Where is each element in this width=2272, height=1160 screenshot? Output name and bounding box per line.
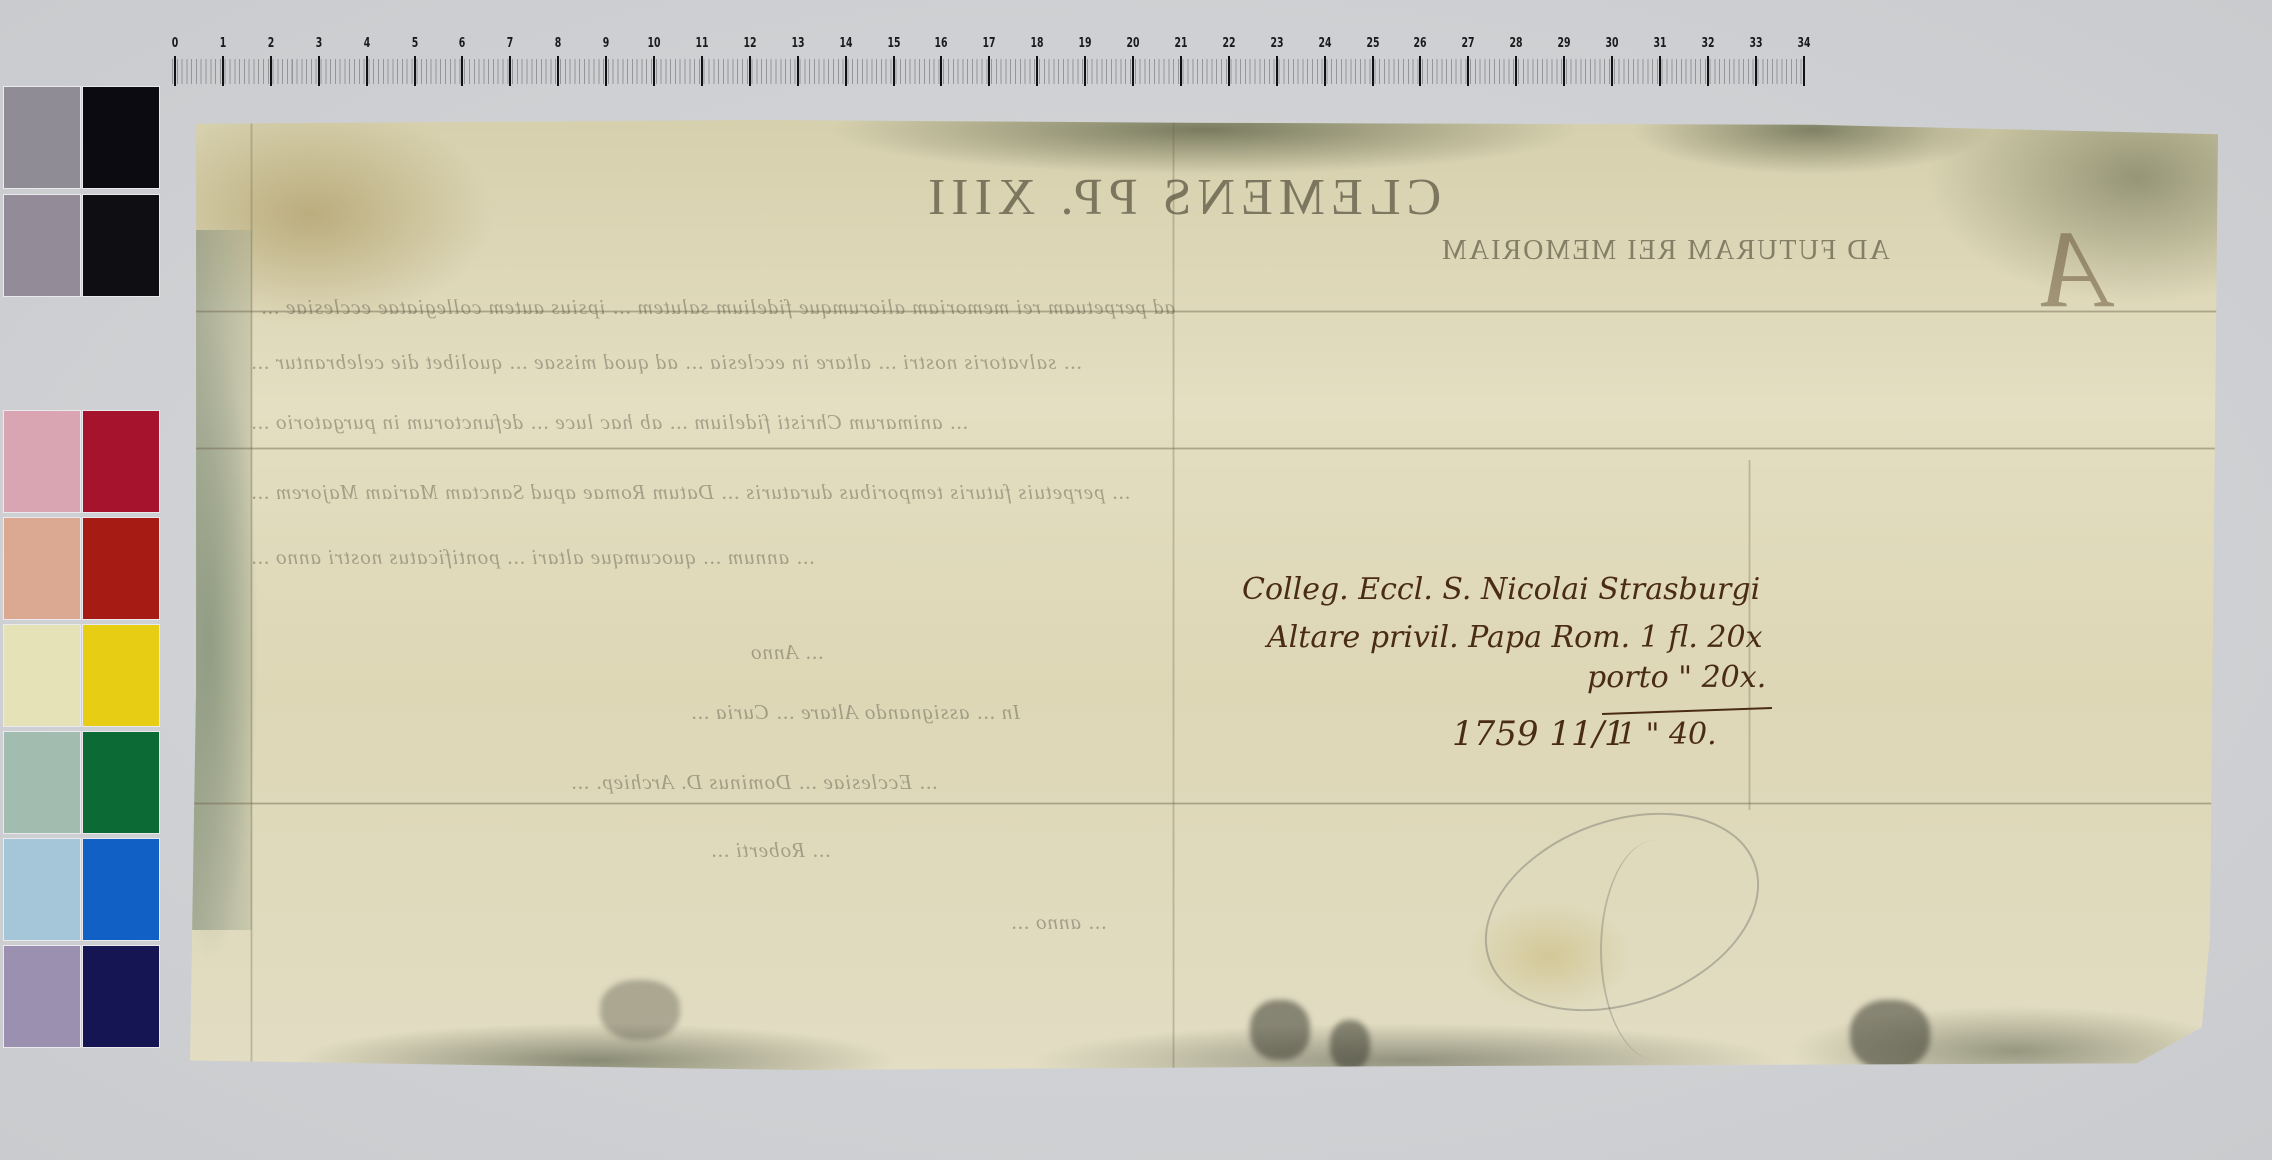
ruler-label: 20 [1123,36,1142,51]
ruler-major-tick [1180,56,1182,86]
intro-formula-mirrored: AD FUTURAM REI MEMORIAM [1440,235,1890,267]
show-through-text-line: ... anno ... [1010,910,1106,935]
ruler-label: 3 [309,36,328,51]
color-swatch-dark [82,945,160,1048]
ruler-major-tick [1659,56,1661,86]
annotation-date: 1759 11/1 [1452,714,1626,754]
annotation-total: 1 " 40. [1617,717,1717,752]
ruler-label: 32 [1698,36,1717,51]
ruler-major-tick [749,56,751,86]
measurement-ruler: 0123456789101112131415161718192021222324… [168,36,1818,88]
ruler-major-tick [1084,56,1086,86]
ruler-major-tick [653,56,655,86]
left-edge-strip [190,230,252,930]
ruler-label: 30 [1602,36,1621,51]
decorated-initial-mirrored: A [2041,206,2108,333]
color-swatch-dark [82,86,160,189]
show-through-text-line: ... animarum Christi fidelium ... ab hac… [250,410,968,435]
ruler-label: 15 [884,36,903,51]
ruler-major-tick [270,56,272,86]
ruler-label: 7 [501,36,520,51]
ruler-label: 2 [261,36,280,51]
fold-line [250,120,253,1070]
ruler-label: 16 [932,36,951,51]
ruler-label: 17 [980,36,999,51]
ruler-major-tick [1276,56,1278,86]
color-swatch-dark [82,731,160,834]
ruler-major-tick [1132,56,1134,86]
ruler-label: 8 [549,36,568,51]
ruler-major-tick [1707,56,1709,86]
annotation-line-postage: porto " 20x. [1587,660,1766,695]
ruler-major-tick [1467,56,1469,86]
ink-smudge [1850,1000,1930,1070]
color-swatch-dark [82,194,160,297]
ruler-label: 9 [596,36,615,51]
color-swatch-dark [82,410,160,513]
show-through-text-line: ... Roberti ... [710,838,830,863]
signature-flourish [1600,840,1712,1060]
ruler-major-tick [988,56,990,86]
show-through-text-line: ... annum ... quocumque altari ... ponti… [250,545,814,570]
ruler-major-tick [1228,56,1230,86]
ruler-minor-ticks [172,59,1802,84]
ruler-major-tick [1372,56,1374,86]
ruler-major-tick [1563,56,1565,86]
ink-smudge [1330,1020,1370,1070]
ruler-major-tick [414,56,416,86]
color-swatch-dark [82,517,160,620]
ruler-label: 12 [740,36,759,51]
fold-line [190,802,2218,805]
ruler-label: 11 [692,36,711,51]
ruler-major-tick [797,56,799,86]
color-swatch-light [3,86,81,189]
color-swatch-light [3,731,81,834]
ruler-major-tick [1803,56,1805,86]
ruler-label: 26 [1411,36,1430,51]
ruler-label: 22 [1219,36,1238,51]
ruler-major-tick [461,56,463,86]
ruler-major-tick [557,56,559,86]
ruler-label: 21 [1171,36,1190,51]
ruler-label: 24 [1315,36,1334,51]
ruler-major-tick [701,56,703,86]
annotation-line-altar-fee: Altare privil. Papa Rom. 1 fl. 20x [1267,620,1763,655]
ruler-label: 1 [213,36,232,51]
ruler-label: 27 [1459,36,1478,51]
ruler-label: 28 [1507,36,1526,51]
ruler-major-tick [1515,56,1517,86]
show-through-text-line: ... perpetuis futuris temporibus duratur… [250,480,1130,505]
ruler-major-tick [366,56,368,86]
ruler-major-tick [174,56,176,86]
ruler-label: 14 [836,36,855,51]
ruler-label: 25 [1363,36,1382,51]
ruler-label: 19 [1075,36,1094,51]
color-swatch-light [3,517,81,620]
ruler-major-tick [893,56,895,86]
ruler-label: 5 [405,36,424,51]
ruler-label: 29 [1554,36,1573,51]
ruler-label: 31 [1650,36,1669,51]
color-swatch-dark [82,838,160,941]
ruler-label: 13 [788,36,807,51]
ruler-major-tick [940,56,942,86]
color-swatch-light [3,945,81,1048]
color-swatch-light [3,624,81,727]
ruler-major-tick [222,56,224,86]
ruler-label: 18 [1028,36,1047,51]
show-through-text-line: ad perpetuam rei memoriam aliorumque fid… [260,295,1175,320]
ruler-label: 10 [644,36,663,51]
ruler-major-tick [509,56,511,86]
ink-smudge [600,980,680,1040]
papal-heading-mirrored: CLEMENS PP. XIII [922,168,1441,227]
color-calibration-chart [0,86,170,1056]
fold-line [190,447,2218,450]
ruler-major-tick [1755,56,1757,86]
fold-line [1172,120,1175,1070]
ink-smudge [1250,1000,1310,1060]
show-through-text-line: ... salvatoris nostri ... altare in eccl… [250,350,1081,375]
color-swatch-dark [82,624,160,727]
ruler-label: 4 [357,36,376,51]
color-swatch-light [3,410,81,513]
show-through-text-line: ... Ecclesiae ... Dominus D. Archiep. ..… [570,770,937,795]
ruler-major-tick [1419,56,1421,86]
ruler-label: 34 [1794,36,1813,51]
ruler-label: 6 [453,36,472,51]
show-through-text-line: In ... assignando Altare ... Curia ... [690,700,1020,725]
ruler-major-tick [1324,56,1326,86]
annotation-line-institution: Colleg. Eccl. S. Nicolai Strasburgi [1242,572,1760,607]
color-swatch-light [3,838,81,941]
ruler-major-tick [318,56,320,86]
show-through-text-line: ... Anno [750,640,823,665]
ruler-major-tick [845,56,847,86]
ruler-major-tick [1611,56,1613,86]
ruler-major-tick [605,56,607,86]
ruler-label: 33 [1746,36,1765,51]
ruler-major-tick [1036,56,1038,86]
ruler-label: 23 [1267,36,1286,51]
color-swatch-light [3,194,81,297]
parchment-document: CLEMENS PP. XIII AD FUTURAM REI MEMORIAM… [190,120,2218,1070]
ruler-label: 0 [165,36,184,51]
